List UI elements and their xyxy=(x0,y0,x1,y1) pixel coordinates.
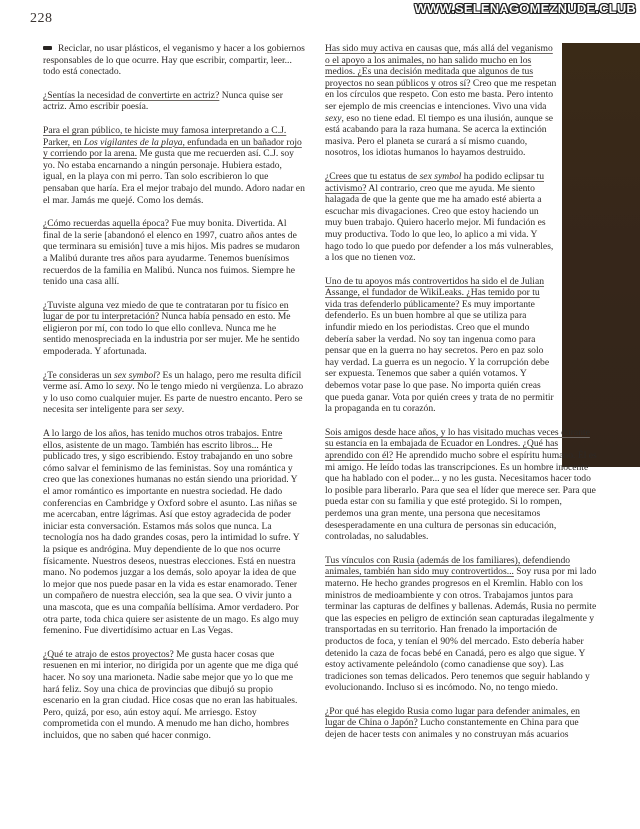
qa-block: ¿Qué te atrajo de estos proyectos? Me gu… xyxy=(43,649,305,742)
qa-block: ¿Sentías la necesidad de convertirte en … xyxy=(43,90,305,113)
qa-block: Para el gran público, te hiciste muy fam… xyxy=(43,125,305,206)
answer-text: Es muy importante defenderlo. Es un buen… xyxy=(325,299,554,414)
right-column: Has sido muy activa en causas que, más a… xyxy=(325,43,557,753)
watermark: WWW.SELENAGOMEZNUDE.CLUB xyxy=(415,1,636,16)
qa-block: ¿Crees que tu estatus de sex symbol ha p… xyxy=(325,171,557,264)
question-text: ¿Te consideras un sex symbol? xyxy=(43,370,160,381)
question-text: ¿Qué te atrajo de estos proyectos? xyxy=(43,649,174,660)
question-text: A lo largo de los años, has tenido mucho… xyxy=(43,428,282,451)
qa-block: Tus vínculos con Rusia (además de los fa… xyxy=(325,555,597,694)
question-text: ¿Sentías la necesidad de convertirte en … xyxy=(43,90,219,101)
qa-block: ¿Cómo recuerdas aquella época? Fue muy b… xyxy=(43,218,305,288)
qa-block: Sois amigos desde hace años, y lo has vi… xyxy=(325,427,597,543)
qa-block: A lo largo de los años, has tenido mucho… xyxy=(43,428,305,637)
square-bullet-icon xyxy=(43,46,52,50)
left-column: Reciclar, no usar plásticos, el veganism… xyxy=(43,43,305,753)
answer-text: He publicado tres, y sigo escribiendo. E… xyxy=(43,440,299,637)
qa-block: ¿Por qué has elegido Rusia como lugar pa… xyxy=(325,706,597,741)
answer-text: He aprendido mucho sobre el espíritu hum… xyxy=(325,450,597,542)
qa-block: ¿Te consideras un sex symbol? Es un hala… xyxy=(43,370,305,416)
show-title: Los vigilantes de la playa xyxy=(84,137,183,148)
qa-block: Has sido muy activa en causas que, más a… xyxy=(325,43,557,159)
answer-text: Al contrario, creo que me ayuda. Me sien… xyxy=(325,183,553,264)
answer-text: Creo que me respetan en los círculos que… xyxy=(325,78,556,159)
page-number: 228 xyxy=(30,11,53,27)
photo-panel xyxy=(562,43,640,467)
qa-block: ¿Tuviste alguna vez miedo de que te cont… xyxy=(43,300,305,358)
qa-block: Uno de tu apoyos más controvertidos ha s… xyxy=(325,276,557,415)
question-text: ¿Cómo recuerdas aquella época? xyxy=(43,218,169,229)
answer-text: Soy rusa por mi lado materno. He hecho g… xyxy=(325,566,596,693)
answer-text: Me gusta hacer cosas que resuenen en mi … xyxy=(43,649,298,741)
answer-block: Reciclar, no usar plásticos, el veganism… xyxy=(43,43,305,78)
answer-text: Reciclar, no usar plásticos, el veganism… xyxy=(43,43,305,77)
